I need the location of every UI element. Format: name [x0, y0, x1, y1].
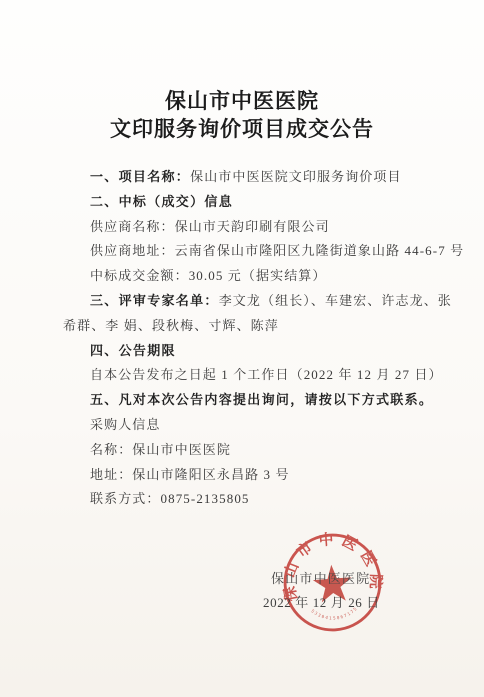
body-text: 保山市中医医院文印服务询价项目	[190, 169, 402, 184]
title-line-1: 保山市中医医院	[0, 87, 484, 115]
body-text: 采购人信息	[90, 417, 161, 432]
document-line: 采购人信息	[63, 413, 435, 438]
document-line: 四、公告期限	[63, 339, 435, 364]
document-line: 一、项目名称：保山市中医医院文印服务询价项目	[63, 165, 435, 190]
body-text: 希群、李 娟、段秋梅、寸辉、陈萍	[63, 318, 279, 333]
section-heading-text: 一、项目名称：	[90, 169, 190, 184]
document-body: 一、项目名称：保山市中医医院文印服务询价项目二、中标（成交）信息供应商名称：保山…	[63, 165, 435, 512]
body-text: 供应商地址：云南省保山市隆阳区九隆街道象山路 44-6-7 号	[90, 243, 464, 258]
document-line: 名称：保山市中医医院	[63, 438, 435, 463]
document-page: 保山市中医医院 文印服务询价项目成交公告 一、项目名称：保山市中医医院文印服务询…	[0, 0, 484, 697]
body-text: 供应商名称：保山市天韵印刷有限公司	[90, 219, 330, 234]
document-line: 自本公告发布之日起 1 个工作日（2022 年 12 月 27 日）	[63, 363, 435, 388]
signature-org: 保山市中医医院	[271, 568, 370, 587]
document-line: 地址：保山市隆阳区永昌路 3 号	[63, 463, 435, 488]
document-line: 希群、李 娟、段秋梅、寸辉、陈萍	[63, 314, 435, 339]
body-text: 李文龙（组长）、车建宏、许志龙、张	[219, 293, 452, 308]
body-text: 自本公告发布之日起 1 个工作日（2022 年 12 月 27 日）	[90, 367, 443, 382]
document-line: 三、评审专家名单：李文龙（组长）、车建宏、许志龙、张	[63, 289, 435, 314]
body-text: 中标成交金额：30.05 元（据实结算）	[90, 268, 327, 283]
body-text: 名称：保山市中医医院	[90, 442, 231, 457]
body-text: 地址：保山市隆阳区永昌路 3 号	[90, 467, 290, 482]
body-text: 联系方式：0875-2135805	[90, 491, 250, 506]
document-line: 联系方式：0875-2135805	[63, 487, 435, 512]
title-line-2: 文印服务询价项目成交公告	[0, 115, 484, 143]
section-heading-text: 三、评审专家名单：	[90, 293, 219, 308]
document-line: 供应商名称：保山市天韵印刷有限公司	[63, 215, 435, 240]
document-line: 五、凡对本次公告内容提出询问，请按以下方式联系。	[63, 388, 435, 413]
section-heading-text: 二、中标（成交）信息	[90, 194, 233, 209]
page-title: 保山市中医医院 文印服务询价项目成交公告	[0, 87, 484, 143]
section-heading-text: 四、公告期限	[90, 343, 176, 358]
signature-date: 2022 年 12 月 26 日	[263, 592, 380, 611]
document-line: 中标成交金额：30.05 元（据实结算）	[63, 264, 435, 289]
document-line: 供应商地址：云南省保山市隆阳区九隆街道象山路 44-6-7 号	[63, 239, 435, 264]
document-line: 二、中标（成交）信息	[63, 190, 435, 215]
section-heading-text: 五、凡对本次公告内容提出询问，请按以下方式联系。	[90, 392, 433, 407]
